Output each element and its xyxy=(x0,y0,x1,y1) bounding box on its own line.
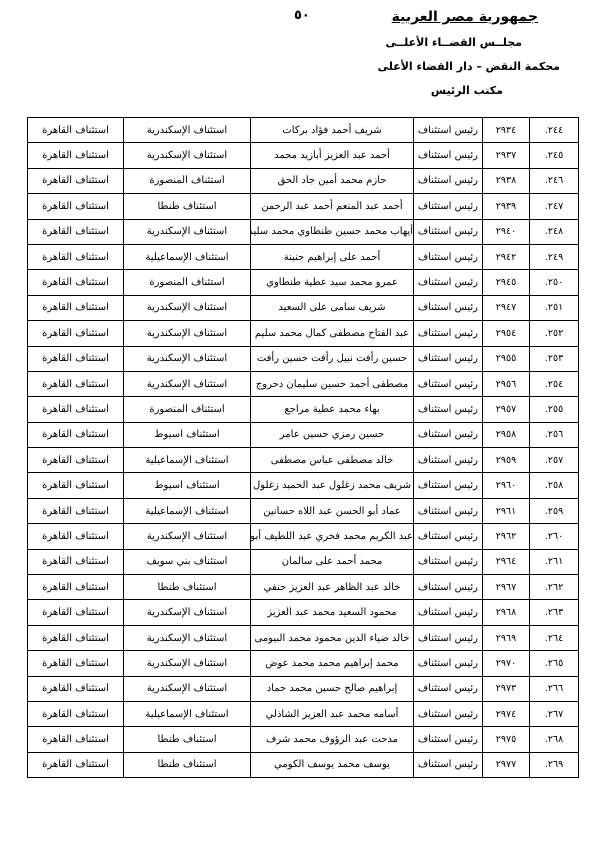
from-court: استئناف بني سويف xyxy=(124,549,251,574)
to-court: استئناف القاهرة xyxy=(28,118,124,143)
table-row: ٢٦٦.٢٩٧٣رئيس استئنافإبراهيم صالح حسين مح… xyxy=(28,676,579,701)
to-court: استئناف القاهرة xyxy=(28,244,124,269)
row-index: ٢٥٦. xyxy=(530,422,579,447)
row-index: ٢٦٥. xyxy=(530,651,579,676)
table-row: ٢٦٧.٢٩٧٤رئيس استئنافأسامه محمد عبد العزي… xyxy=(28,701,579,726)
judge-rank: رئيس استئناف xyxy=(414,651,483,676)
judge-rank: رئيس استئناف xyxy=(414,473,483,498)
table-row: ٢٤٦.٢٩٣٨رئيس استئنافحازم محمد أمين جاد ا… xyxy=(28,168,579,193)
from-court: استئناف طنطا xyxy=(124,575,251,600)
table-row: ٢٦٥.٢٩٧٠رئيس استئنافمحمد إبراهيم محمد مح… xyxy=(28,651,579,676)
judge-rank: رئيس استئناف xyxy=(414,448,483,473)
transfer-table: ٢٤٤.٢٩٣٤رئيس استئنافشريف أحمد فؤاد بركات… xyxy=(27,117,579,778)
judge-rank: رئيس استئناف xyxy=(414,346,483,371)
from-court: استئناف المنصورة xyxy=(124,168,251,193)
judge-rank: رئيس استئناف xyxy=(414,727,483,752)
to-court: استئناف القاهرة xyxy=(28,524,124,549)
country-title: جمهورية مصر العربية xyxy=(402,9,538,25)
from-court: استئناف الإسماعيلية xyxy=(124,448,251,473)
table-row: ٢٦٤.٢٩٦٩رئيس استئنافخالد ضياء الدين محمو… xyxy=(28,625,579,650)
from-court: استئناف الإسماعيلية xyxy=(124,244,251,269)
row-index: ٢٦٦. xyxy=(530,676,579,701)
court-title: محكمة النقض – دار القضاء الأعلى xyxy=(382,60,560,73)
page-number: ٥٠ xyxy=(294,8,310,23)
from-court: استئناف الإسكندرية xyxy=(124,219,251,244)
table-row: ٢٦٢.٢٩٦٧رئيس استئنافخالد عبد الظاهر عبد … xyxy=(28,575,579,600)
row-index: ٢٦٩. xyxy=(530,752,579,777)
judge-code: ٢٩٧٣ xyxy=(483,676,530,701)
to-court: استئناف القاهرة xyxy=(28,701,124,726)
row-index: ٢٥٢. xyxy=(530,321,579,346)
from-court: استئناف الإسكندرية xyxy=(124,371,251,396)
table-row: ٢٥٨.٢٩٦٠رئيس استئنافشريف محمد زغلول عبد … xyxy=(28,473,579,498)
table-row: ٢٥٧.٢٩٥٩رئيس استئنافخالد مصطفى عباس مصطف… xyxy=(28,448,579,473)
row-index: ٢٥٥. xyxy=(530,397,579,422)
to-court: استئناف القاهرة xyxy=(28,600,124,625)
row-index: ٢٥٨. xyxy=(530,473,579,498)
judge-code: ٢٩٦٧ xyxy=(483,575,530,600)
judge-code: ٢٩٥٧ xyxy=(483,397,530,422)
council-title: مجلــس القضــاء الأعلــى xyxy=(412,36,522,49)
to-court: استئناف القاهرة xyxy=(28,448,124,473)
judge-name: شريف أحمد فؤاد بركات xyxy=(251,118,414,143)
judge-code: ٢٩٣٨ xyxy=(483,168,530,193)
judge-name: أحمد عبد العزيز أبازيد محمد xyxy=(251,143,414,168)
table-row: ٢٦٣.٢٩٦٨رئيس استئنافمحمود السعيد محمد عب… xyxy=(28,600,579,625)
table-row: ٢٤٥.٢٩٣٧رئيس استئنافأحمد عبد العزيز أباز… xyxy=(28,143,579,168)
judge-code: ٢٩٤٧ xyxy=(483,295,530,320)
judge-name: محمد أحمد على سالمان xyxy=(251,549,414,574)
from-court: استئناف الإسكندرية xyxy=(124,143,251,168)
to-court: استئناف القاهرة xyxy=(28,321,124,346)
row-index: ٢٤٤. xyxy=(530,118,579,143)
judge-name: مدحت عبد الرؤوف محمد شرف xyxy=(251,727,414,752)
judge-name: عماد أبو الحسن عبد اللاه حسانين xyxy=(251,498,414,523)
judge-name: عمرو محمد سيد عطية طنطاوي xyxy=(251,270,414,295)
judge-code: ٢٩٧٥ xyxy=(483,727,530,752)
judge-name: بهاء محمد عطية مراجع xyxy=(251,397,414,422)
table-row: ٢٥٠.٢٩٤٥رئيس استئنافعمرو محمد سيد عطية ط… xyxy=(28,270,579,295)
judge-code: ٢٩٤٢ xyxy=(483,244,530,269)
judge-name: خالد ضياء الدين محمود محمد البيومى xyxy=(251,625,414,650)
to-court: استئناف القاهرة xyxy=(28,219,124,244)
to-court: استئناف القاهرة xyxy=(28,727,124,752)
judge-rank: رئيس استئناف xyxy=(414,549,483,574)
judge-name: حازم محمد أمين جاد الحق xyxy=(251,168,414,193)
to-court: استئناف القاهرة xyxy=(28,625,124,650)
judge-name: خالد عبد الظاهر عبد العزيز حنفي xyxy=(251,575,414,600)
to-court: استئناف القاهرة xyxy=(28,346,124,371)
to-court: استئناف القاهرة xyxy=(28,194,124,219)
judge-code: ٢٩٤٥ xyxy=(483,270,530,295)
table-row: ٢٥٩.٢٩٦١رئيس استئنافعماد أبو الحسن عبد ا… xyxy=(28,498,579,523)
to-court: استئناف القاهرة xyxy=(28,295,124,320)
to-court: استئناف القاهرة xyxy=(28,168,124,193)
judge-code: ٢٩٥٩ xyxy=(483,448,530,473)
judge-name: عبد الفتاح مصطفى كمال محمد سليم xyxy=(251,321,414,346)
table-row: ٢٥٤.٢٩٥٦رئيس استئنافمصطفى أحمد حسين سليم… xyxy=(28,371,579,396)
from-court: استئناف المنصورة xyxy=(124,270,251,295)
table-row: ٢٥٥.٢٩٥٧رئيس استئنافبهاء محمد عطية مراجع… xyxy=(28,397,579,422)
judge-code: ٢٩٣٩ xyxy=(483,194,530,219)
table-row: ٢٤٩.٢٩٤٢رئيس استئنافأحمد على إبراهيم جني… xyxy=(28,244,579,269)
judge-name: عبد الكريم محمد فخري عبد اللطيف أبو النص… xyxy=(251,524,414,549)
judge-name: حسين رأفت نبيل رأفت حسين رأفت xyxy=(251,346,414,371)
judge-rank: رئيس استئناف xyxy=(414,575,483,600)
from-court: استئناف الإسكندرية xyxy=(124,625,251,650)
from-court: استئناف اسيوط xyxy=(124,422,251,447)
judge-rank: رئيس استئناف xyxy=(414,371,483,396)
to-court: استئناف القاهرة xyxy=(28,371,124,396)
judge-name: حسين رمزي حسين عامر xyxy=(251,422,414,447)
judge-name: أحمد عبد المنعم أحمد عبد الرحمن xyxy=(251,194,414,219)
to-court: استئناف القاهرة xyxy=(28,143,124,168)
row-index: ٢٤٨. xyxy=(530,219,579,244)
from-court: استئناف المنصورة xyxy=(124,397,251,422)
to-court: استئناف القاهرة xyxy=(28,575,124,600)
judge-rank: رئيس استئناف xyxy=(414,219,483,244)
row-index: ٢٦٣. xyxy=(530,600,579,625)
row-index: ٢٥٣. xyxy=(530,346,579,371)
from-court: استئناف الإسماعيلية xyxy=(124,701,251,726)
judge-code: ٢٩٣٧ xyxy=(483,143,530,168)
judge-rank: رئيس استئناف xyxy=(414,397,483,422)
judge-name: محمود السعيد محمد عبد العزيز xyxy=(251,600,414,625)
from-court: استئناف اسيوط xyxy=(124,473,251,498)
judge-rank: رئيس استئناف xyxy=(414,600,483,625)
judge-code: ٢٩٥٦ xyxy=(483,371,530,396)
judge-rank: رئيس استئناف xyxy=(414,295,483,320)
judge-code: ٢٩٦٨ xyxy=(483,600,530,625)
row-index: ٢٤٥. xyxy=(530,143,579,168)
judge-name: أيهاب محمد حسين طنطاوي محمد سليمان xyxy=(251,219,414,244)
judge-code: ٢٩٥٤ xyxy=(483,321,530,346)
row-index: ٢٥٤. xyxy=(530,371,579,396)
judge-code: ٢٩٧٤ xyxy=(483,701,530,726)
judge-code: ٢٩٦٠ xyxy=(483,473,530,498)
from-court: استئناف طنطا xyxy=(124,752,251,777)
judge-rank: رئيس استئناف xyxy=(414,118,483,143)
judge-code: ٢٩٥٥ xyxy=(483,346,530,371)
judge-rank: رئيس استئناف xyxy=(414,676,483,701)
office-title: مكتب الرئيس xyxy=(433,84,503,97)
judge-rank: رئيس استئناف xyxy=(414,498,483,523)
table-row: ٢٤٤.٢٩٣٤رئيس استئنافشريف أحمد فؤاد بركات… xyxy=(28,118,579,143)
judge-name: أحمد على إبراهيم جنينة xyxy=(251,244,414,269)
judge-name: محمد إبراهيم محمد محمد عوض xyxy=(251,651,414,676)
to-court: استئناف القاهرة xyxy=(28,498,124,523)
row-index: ٢٦١. xyxy=(530,549,579,574)
table-row: ٢٦٠.٢٩٦٢رئيس استئنافعبد الكريم محمد فخري… xyxy=(28,524,579,549)
row-index: ٢٦٧. xyxy=(530,701,579,726)
judge-rank: رئيس استئناف xyxy=(414,270,483,295)
judge-code: ٢٩٦٩ xyxy=(483,625,530,650)
judge-name: مصطفى أحمد حسين سليمان دحروج xyxy=(251,371,414,396)
table-row: ٢٦٩.٢٩٧٧رئيس استئنافيوسف محمد يوسف الكوم… xyxy=(28,752,579,777)
from-court: استئناف الإسكندرية xyxy=(124,600,251,625)
to-court: استئناف القاهرة xyxy=(28,473,124,498)
row-index: ٢٥٧. xyxy=(530,448,579,473)
to-court: استئناف القاهرة xyxy=(28,422,124,447)
row-index: ٢٦٨. xyxy=(530,727,579,752)
from-court: استئناف الإسكندرية xyxy=(124,295,251,320)
judge-name: يوسف محمد يوسف الكومي xyxy=(251,752,414,777)
table-row: ٢٥٢.٢٩٥٤رئيس استئنافعبد الفتاح مصطفى كما… xyxy=(28,321,579,346)
row-index: ٢٥٠. xyxy=(530,270,579,295)
from-court: استئناف الإسكندرية xyxy=(124,524,251,549)
judge-rank: رئيس استئناف xyxy=(414,524,483,549)
row-index: ٢٥١. xyxy=(530,295,579,320)
to-court: استئناف القاهرة xyxy=(28,270,124,295)
table-row: ٢٥٦.٢٩٥٨رئيس استئنافحسين رمزي حسين عامرا… xyxy=(28,422,579,447)
row-index: ٢٤٩. xyxy=(530,244,579,269)
row-index: ٢٤٧. xyxy=(530,194,579,219)
from-court: استئناف الإسكندرية xyxy=(124,118,251,143)
table-row: ٢٥١.٢٩٤٧رئيس استئنافشريف سامى على السعيد… xyxy=(28,295,579,320)
row-index: ٢٥٩. xyxy=(530,498,579,523)
judge-code: ٢٩٥٨ xyxy=(483,422,530,447)
judge-name: خالد مصطفى عباس مصطفى xyxy=(251,448,414,473)
from-court: استئناف الإسماعيلية xyxy=(124,498,251,523)
row-index: ٢٦٠. xyxy=(530,524,579,549)
judge-code: ٢٩٣٤ xyxy=(483,118,530,143)
judge-rank: رئيس استئناف xyxy=(414,752,483,777)
judge-rank: رئيس استئناف xyxy=(414,321,483,346)
judge-rank: رئيس استئناف xyxy=(414,422,483,447)
judge-rank: رئيس استئناف xyxy=(414,194,483,219)
from-court: استئناف الإسكندرية xyxy=(124,346,251,371)
from-court: استئناف طنطا xyxy=(124,727,251,752)
from-court: استئناف الإسكندرية xyxy=(124,651,251,676)
judge-code: ٢٩٧٠ xyxy=(483,651,530,676)
judge-name: إبراهيم صالح حسين محمد حماد xyxy=(251,676,414,701)
table-row: ٢٥٣.٢٩٥٥رئيس استئنافحسين رأفت نبيل رأفت … xyxy=(28,346,579,371)
judge-rank: رئيس استئناف xyxy=(414,244,483,269)
to-court: استئناف القاهرة xyxy=(28,676,124,701)
from-court: استئناف الإسكندرية xyxy=(124,676,251,701)
judge-name: شريف سامى على السعيد xyxy=(251,295,414,320)
from-court: استئناف طنطا xyxy=(124,194,251,219)
to-court: استئناف القاهرة xyxy=(28,651,124,676)
from-court: استئناف الإسكندرية xyxy=(124,321,251,346)
to-court: استئناف القاهرة xyxy=(28,752,124,777)
judge-code: ٢٩٧٧ xyxy=(483,752,530,777)
table-row: ٢٦٨.٢٩٧٥رئيس استئنافمدحت عبد الرؤوف محمد… xyxy=(28,727,579,752)
row-index: ٢٦٢. xyxy=(530,575,579,600)
row-index: ٢٤٦. xyxy=(530,168,579,193)
to-court: استئناف القاهرة xyxy=(28,397,124,422)
table-row: ٢٤٧.٢٩٣٩رئيس استئنافأحمد عبد المنعم أحمد… xyxy=(28,194,579,219)
judge-rank: رئيس استئناف xyxy=(414,168,483,193)
table-row: ٢٤٨.٢٩٤٠رئيس استئنافأيهاب محمد حسين طنطا… xyxy=(28,219,579,244)
judge-code: ٢٩٤٠ xyxy=(483,219,530,244)
judge-code: ٢٩٦٢ xyxy=(483,524,530,549)
row-index: ٢٦٤. xyxy=(530,625,579,650)
table-row: ٢٦١.٢٩٦٤رئيس استئنافمحمد أحمد على سالمان… xyxy=(28,549,579,574)
judge-name: أسامه محمد عبد العزيز الشاذلي xyxy=(251,701,414,726)
judge-code: ٢٩٦١ xyxy=(483,498,530,523)
judge-rank: رئيس استئناف xyxy=(414,701,483,726)
judge-rank: رئيس استئناف xyxy=(414,625,483,650)
judge-code: ٢٩٦٤ xyxy=(483,549,530,574)
judge-name: شريف محمد زغلول عبد الحميد زغلول xyxy=(251,473,414,498)
to-court: استئناف القاهرة xyxy=(28,549,124,574)
judge-rank: رئيس استئناف xyxy=(414,143,483,168)
